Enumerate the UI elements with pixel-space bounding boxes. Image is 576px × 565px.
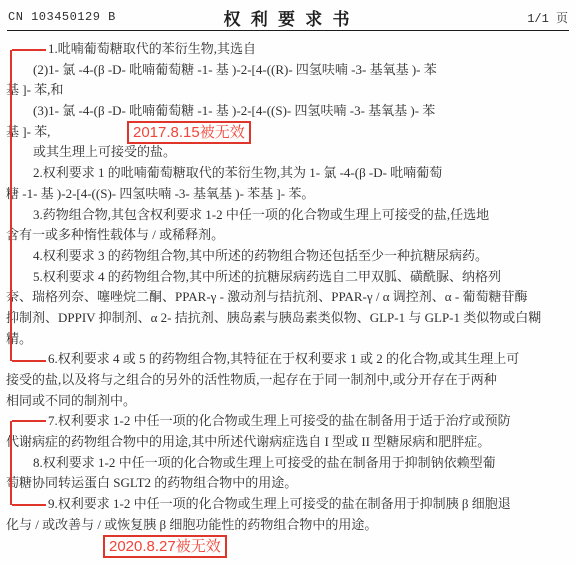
claim-text-line: (2)1- 氯 -4-(β -D- 吡喃葡萄糖 -1- 基 )-2-[4-((R… xyxy=(6,60,570,81)
claim-text-line: 4.权利要求 3 的药物组合物,其中所述的药物组合物还包括至少一种抗糖尿病药。 xyxy=(6,246,570,267)
claim-text-line: 或其生理上可接受的盐。 xyxy=(6,142,570,163)
claim-text-line: 1.吡喃葡萄糖取代的苯衍生物,其选自 xyxy=(6,39,570,60)
claim-text-line: 3.药物组合物,其包含权利要求 1-2 中任一项的化合物或生理上可接受的盐,任选… xyxy=(6,205,570,226)
claim-text-line: 奈、瑞格列奈、噻唑烷二酮、PPAR-γ - 激动剂与拮抗剂、PPAR-γ / α… xyxy=(6,287,570,308)
claim-text-line: 含有一或多种惰性载体与 / 或稀释剂。 xyxy=(6,225,570,246)
claim-text-line: 7.权利要求 1-2 中任一项的化合物或生理上可接受的盐在制备用于适于治疗或预防 xyxy=(6,411,570,432)
claims-body: 1.吡喃葡萄糖取代的苯衍生物,其选自(2)1- 氯 -4-(β -D- 吡喃葡萄… xyxy=(6,39,570,536)
page-header: CN 103450129 B 权 利 要 求 书 1/1 页 xyxy=(8,6,568,28)
header-divider xyxy=(7,30,569,31)
claim-text-line: 相同或不同的制剂中。 xyxy=(6,391,570,412)
claim-text-line: 化与 / 或改善与 / 或恢复胰 β 细胞功能性的药物组合物中的用途。 xyxy=(6,515,570,536)
claim-text-line: 8.权利要求 1-2 中任一项的化合物或生理上可接受的盐在制备用于抑制钠依赖型葡 xyxy=(6,453,570,474)
patent-claims-page: CN 103450129 B 权 利 要 求 书 1/1 页 1.吡喃葡萄糖取代… xyxy=(0,0,576,565)
claim-text-line: 接受的盐,以及将与之组合的另外的活性物质,一起存在于同一制剂中,或分开存在于两种 xyxy=(6,370,570,391)
claim-text-line: 5.权利要求 4 的药物组合物,其中所述的抗糖尿病药选自二甲双胍、磺酰脲、纳格列 xyxy=(6,267,570,288)
claim-text-line: 糖 -1- 基 )-2-[4-((S)- 四氢呋喃 -3- 基氧基 )- 苯基 … xyxy=(6,184,570,205)
document-number: CN 103450129 B xyxy=(8,10,224,24)
claim-text-line: 抑制剂、DPPIV 抑制剂、α 2- 拮抗剂、胰岛素与胰岛素类似物、GLP-1 … xyxy=(6,308,570,329)
invalidated-claims-bracket-7-9 xyxy=(10,421,48,505)
claim-text-line: 9.权利要求 1-2 中任一项的化合物或生理上可接受的盐在制备用于抑制胰 β 细… xyxy=(6,494,570,515)
invalidation-stamp-2017: 2017.8.15被无效 xyxy=(127,121,251,144)
claim-text-line: (3)1- 氯 -4-(β -D- 吡喃葡萄糖 -1- 基 )-2-[4-((S… xyxy=(6,101,570,122)
claim-text-line: 6.权利要求 4 或 5 的药物组合物,其特征在于权利要求 1 或 2 的化合物… xyxy=(6,349,570,370)
claim-text-line: 精。 xyxy=(6,329,570,350)
claim-text-line: 2.权利要求 1 的吡喃葡萄糖取代的苯衍生物,其为 1- 氯 -4-(β -D-… xyxy=(6,163,570,184)
document-title: 权 利 要 求 书 xyxy=(224,5,353,30)
claim-text-line: 代谢病症的药物组合物中的用途,其中所述代谢病症选自 I 型或 II 型糖尿病和肥… xyxy=(6,432,570,453)
invalidation-stamp-2020: 2020.8.27被无效 xyxy=(103,535,227,558)
page-indicator: 1/1 页 xyxy=(353,9,569,26)
claim-text-line: 基 ]- 苯,和 xyxy=(6,80,570,101)
claim-text-line: 萄糖协同转运蛋白 SGLT2 的药物组合物中的用途。 xyxy=(6,473,570,494)
claim-text-line: 基 ]- 苯, xyxy=(6,122,570,143)
invalidated-claims-bracket-1-6 xyxy=(10,50,48,361)
